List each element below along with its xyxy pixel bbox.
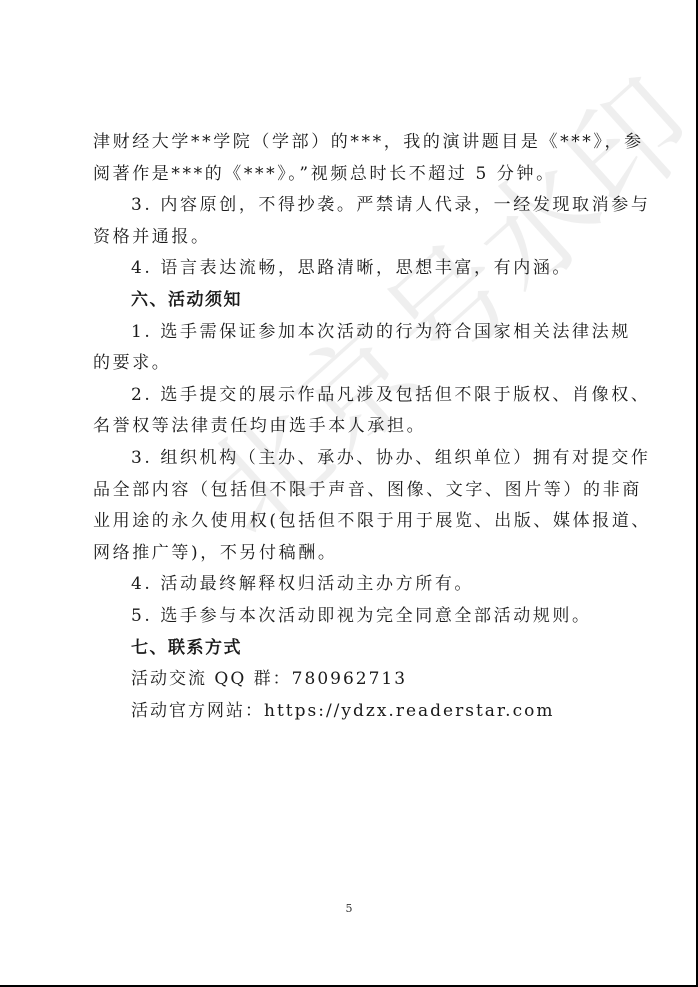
notice-item-3-continued-2: 业用途的永久使用权(包括但不限于用于展览、出版、媒体报道、 xyxy=(93,506,613,538)
document-page: 北京号水印 津财经大学**学院（学部）的***，我的演讲题目是《***》，参 阅… xyxy=(0,0,698,987)
page-number: 5 xyxy=(0,902,698,915)
section-heading-notice: 六、活动须知 xyxy=(93,285,613,317)
notice-item-3-continued-1: 品全部内容（包括但不限于声音、图像、文字、图片等）的非商 xyxy=(93,475,613,507)
rule-item-3-continued: 资格并通报。 xyxy=(93,222,613,254)
notice-item-2-continued: 名誉权等法律责任均由选手本人承担。 xyxy=(93,411,613,443)
document-body: 津财经大学**学院（学部）的***，我的演讲题目是《***》，参 阅著作是***… xyxy=(93,127,613,727)
notice-item-3: 3. 组织机构（主办、承办、协办、组织单位）拥有对提交作 xyxy=(93,443,613,475)
contact-qq-group: 活动交流 QQ 群：780962713 xyxy=(93,664,613,696)
notice-item-1-continued: 的要求。 xyxy=(93,348,613,380)
section-heading-contact: 七、联系方式 xyxy=(93,633,613,665)
paragraph-line-speech-intro-2: 阅著作是***的《***》。”视频总时长不超过 5 分钟。 xyxy=(93,159,613,191)
rule-item-3-original: 3. 内容原创，不得抄袭。严禁请人代录，一经发现取消参与 xyxy=(93,190,613,222)
paragraph-line-speech-intro-1: 津财经大学**学院（学部）的***，我的演讲题目是《***》，参 xyxy=(93,127,613,159)
contact-website[interactable]: 活动官方网站：https://ydzx.readerstar.com xyxy=(93,696,613,728)
notice-item-3-continued-3: 网络推广等)，不另付稿酬。 xyxy=(93,538,613,570)
notice-item-5: 5. 选手参与本次活动即视为完全同意全部活动规则。 xyxy=(93,601,613,633)
notice-item-4: 4. 活动最终解释权归活动主办方所有。 xyxy=(93,569,613,601)
notice-item-1: 1. 选手需保证参加本次活动的行为符合国家相关法律法规 xyxy=(93,317,613,349)
notice-item-2: 2. 选手提交的展示作品凡涉及包括但不限于版权、肖像权、 xyxy=(93,380,613,412)
rule-item-4-expression: 4. 语言表达流畅，思路清晰，思想丰富，有内涵。 xyxy=(93,253,613,285)
